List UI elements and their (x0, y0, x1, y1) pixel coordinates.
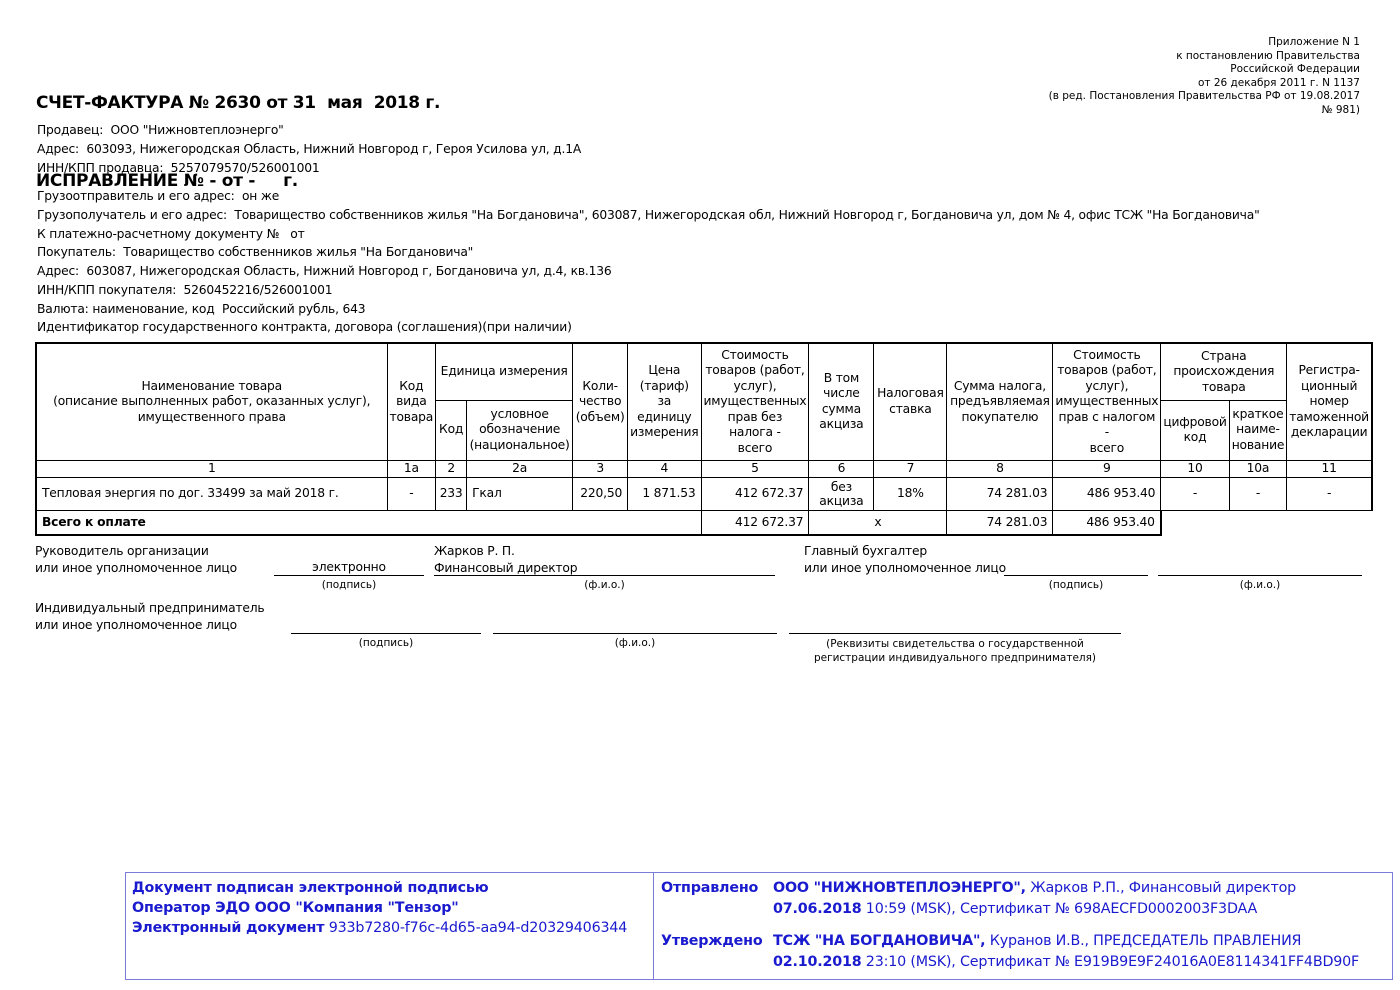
caption-registration-line: регистрации индивидуального предпринимат… (789, 651, 1121, 665)
head-signature-line (274, 575, 424, 576)
head-label: Руководитель организации или иное уполно… (35, 543, 237, 576)
accountant-label: Главный бухгалтер или иное уполномоченно… (804, 543, 1006, 576)
edo-sent-date-line: 07.06.2018 10:59 (MSK), Сертификат № 698… (773, 901, 1257, 917)
appendix-note: Приложение N 1 к постановлению Правитель… (1000, 36, 1360, 118)
item-tax-rate: 18% (874, 477, 947, 510)
header-cost-no-tax: Стоимость товаров (работ, услуг), имущес… (701, 343, 809, 460)
edo-approved-line: ТСЖ "НА БОГДАНОВИЧА", Куранов И.В., ПРЕД… (773, 933, 1301, 949)
column-number: 1а (387, 460, 436, 477)
caption-registration-line: (Реквизиты свидетельства о государственн… (789, 637, 1121, 651)
accountant-name-line (1158, 575, 1362, 576)
column-number: 6 (809, 460, 874, 477)
invoice-table: Наименование товара (описание выполненны… (35, 342, 1373, 536)
header-name: Наименование товара (описание выполненны… (36, 343, 387, 460)
column-number: 11 (1287, 460, 1372, 477)
edo-sent-cert: 10:59 (MSK), Сертификат № 698AECFD000200… (861, 901, 1257, 917)
item-cost-no-tax: 412 672.37 (701, 477, 809, 510)
header-country-name: краткое наиме- нование (1229, 400, 1287, 460)
column-number: 2 (436, 460, 467, 477)
item-country-code: - (1161, 477, 1229, 510)
caption-fio: (ф.и.о.) (1158, 579, 1362, 591)
shipper: Грузоотправитель и его адрес: он же (37, 189, 279, 203)
appendix-line: от 26 декабря 2011 г. N 1137 (1000, 77, 1360, 91)
buyer: Покупатель: Товарищество собственников ж… (37, 245, 473, 259)
edo-approved-date: 02.10.2018 (773, 954, 861, 970)
edo-sent-person: Жарков Р.П., Финансовый директор (1026, 880, 1296, 896)
edo-doc-label: Электронный документ (132, 920, 324, 936)
item-unit-name: Гкал (467, 477, 573, 510)
edo-approved-cert: 23:10 (MSK), Сертификат № E919B9E9F24016… (861, 954, 1359, 970)
caption-registration: (Реквизиты свидетельства о государственн… (789, 637, 1121, 665)
total-row: Всего к оплате 412 672.37 х 74 281.03 48… (36, 510, 1372, 535)
column-number: 5 (701, 460, 809, 477)
edo-stamp: Документ подписан электронной подписью О… (125, 872, 1393, 980)
head-label-line: или иное уполномоченное лицо (35, 560, 237, 577)
total-tax-sum: 74 281.03 (947, 510, 1053, 535)
edo-signed-text: Документ подписан электронной подписью (132, 880, 488, 896)
header-quantity: Коли- чество (объем) (573, 343, 628, 460)
item-name: Тепловая энергия по дог. 33499 за май 20… (36, 477, 387, 510)
currency: Валюта: наименование, код Российский руб… (37, 302, 365, 316)
column-number: 8 (947, 460, 1053, 477)
appendix-line: № 981) (1000, 104, 1360, 118)
header-unit: Единица измерения (436, 343, 573, 400)
buyer-inn: ИНН/КПП покупателя: 5260452216/526001001 (37, 283, 332, 297)
entrepreneur-label-line: Индивидуальный предприниматель (35, 600, 264, 617)
seller: Продавец: ООО "Нижновтеплоэнерго" (37, 123, 284, 137)
buyer-address: Адрес: 603087, Нижегородская Область, Ни… (37, 264, 611, 278)
column-number: 9 (1053, 460, 1161, 477)
edo-sent-line: ООО "НИЖНОВТЕПЛОЭНЕРГО", Жарков Р.П., Фи… (773, 880, 1296, 896)
header-unit-code: Код (436, 400, 467, 460)
column-number: 1 (36, 460, 387, 477)
registration-line (789, 633, 1121, 634)
column-number: 3 (573, 460, 628, 477)
total-label: Всего к оплате (36, 510, 701, 535)
edo-sent-date: 07.06.2018 (773, 901, 861, 917)
total-cost-no-tax: 412 672.37 (701, 510, 809, 535)
total-cost-with-tax: 486 953.40 (1053, 510, 1161, 535)
header-kind-code: Код вида товара (387, 343, 436, 460)
header-cost-with-tax: Стоимость товаров (работ, услуг), имущес… (1053, 343, 1161, 460)
total-excise: х (809, 510, 947, 535)
column-numbers-row: 1 1а 2 2а 3 4 5 6 7 8 9 10 10а 11 (36, 460, 1372, 477)
edo-operator-block: Документ подписан электронной подписью О… (126, 873, 654, 979)
head-signature: электронно (274, 560, 424, 574)
edo-approved-label: Утверждено (661, 933, 762, 949)
seller-inn: ИНН/КПП продавца: 5257079570/526001001 (37, 161, 319, 175)
header-tax-sum: Сумма налога, предъявляемая покупателю (947, 343, 1053, 460)
edo-approved-person: Куранов И.В., ПРЕДСЕДАТЕЛЬ ПРАВЛЕНИЯ (985, 933, 1301, 949)
item-kind-code: - (387, 477, 436, 510)
head-name: Жарков Р. П. Финансовый директор (434, 543, 577, 576)
caption-fio: (ф.и.о.) (493, 637, 777, 649)
accountant-label-line: Главный бухгалтер (804, 543, 1006, 560)
column-number: 10а (1229, 460, 1287, 477)
item-unit-code: 233 (436, 477, 467, 510)
caption-signature: (подпись) (274, 579, 424, 591)
column-number: 10 (1161, 460, 1229, 477)
header-country: Страна происхождения товара (1161, 343, 1287, 400)
header-unit-name: условное обозначение (национальное) (467, 400, 573, 460)
item-excise: без акциза (809, 477, 874, 510)
seller-address: Адрес: 603093, Нижегородская Область, Ни… (37, 142, 581, 156)
entrepreneur-signature-line (291, 633, 481, 634)
item-price: 1 871.53 (628, 477, 701, 510)
header-country-code: цифровой код (1161, 400, 1229, 460)
entrepreneur-label-line: или иное уполномоченное лицо (35, 617, 264, 634)
item-cost-with-tax: 486 953.40 (1053, 477, 1161, 510)
column-number: 2а (467, 460, 573, 477)
edo-doc-line: Электронный документ 933b7280-f76c-4d65-… (132, 920, 627, 936)
head-position-text: Финансовый директор (434, 560, 577, 577)
consignee: Грузополучатель и его адрес: Товариществ… (37, 208, 1260, 222)
invoice-title-line1: СЧЕТ-ФАКТУРА № 2630 от 31 мая 2018 г. (36, 90, 440, 116)
head-label-line: Руководитель организации (35, 543, 237, 560)
contract-id: Идентификатор государственного контракта… (37, 320, 572, 334)
caption-fio: (ф.и.о.) (434, 579, 775, 591)
column-number: 4 (628, 460, 701, 477)
payment-document: К платежно-расчетному документу № от (37, 227, 305, 241)
head-name-text: Жарков Р. П. (434, 543, 577, 560)
edo-doc-id: 933b7280-f76c-4d65-aa94-d20329406344 (329, 920, 627, 936)
edo-sent-label: Отправлено (661, 880, 758, 896)
accountant-signature-line (1004, 575, 1148, 576)
edo-approved-date-line: 02.10.2018 23:10 (MSK), Сертификат № E91… (773, 954, 1359, 970)
appendix-line: Российской Федерации (1000, 63, 1360, 77)
column-number: 7 (874, 460, 947, 477)
edo-sent-org: ООО "НИЖНОВТЕПЛОЭНЕРГО", (773, 880, 1026, 896)
item-tax-sum: 74 281.03 (947, 477, 1053, 510)
accountant-label-line: или иное уполномоченное лицо (804, 560, 1006, 577)
appendix-line: (в ред. Постановления Правительства РФ о… (1000, 90, 1360, 104)
header-excise: В том числе сумма акциза (809, 343, 874, 460)
appendix-line: к постановлению Правительства (1000, 50, 1360, 64)
entrepreneur-name-line (493, 633, 777, 634)
caption-signature: (подпись) (1004, 579, 1148, 591)
item-country-name: - (1229, 477, 1287, 510)
header-customs: Регистра- ционный номер таможенной декла… (1287, 343, 1372, 460)
edo-approved-org: ТСЖ "НА БОГДАНОВИЧА", (773, 933, 985, 949)
caption-signature: (подпись) (291, 637, 481, 649)
entrepreneur-label: Индивидуальный предприниматель или иное … (35, 600, 264, 633)
table-row: Тепловая энергия по дог. 33499 за май 20… (36, 477, 1372, 510)
edo-operator-text: Оператор ЭДО ООО "Компания "Тензор" (132, 900, 459, 916)
item-quantity: 220,50 (573, 477, 628, 510)
item-customs: - (1287, 477, 1372, 510)
header-price: Цена (тариф) за единицу измерения (628, 343, 701, 460)
header-tax-rate: Налоговая ставка (874, 343, 947, 460)
appendix-line: Приложение N 1 (1000, 36, 1360, 50)
